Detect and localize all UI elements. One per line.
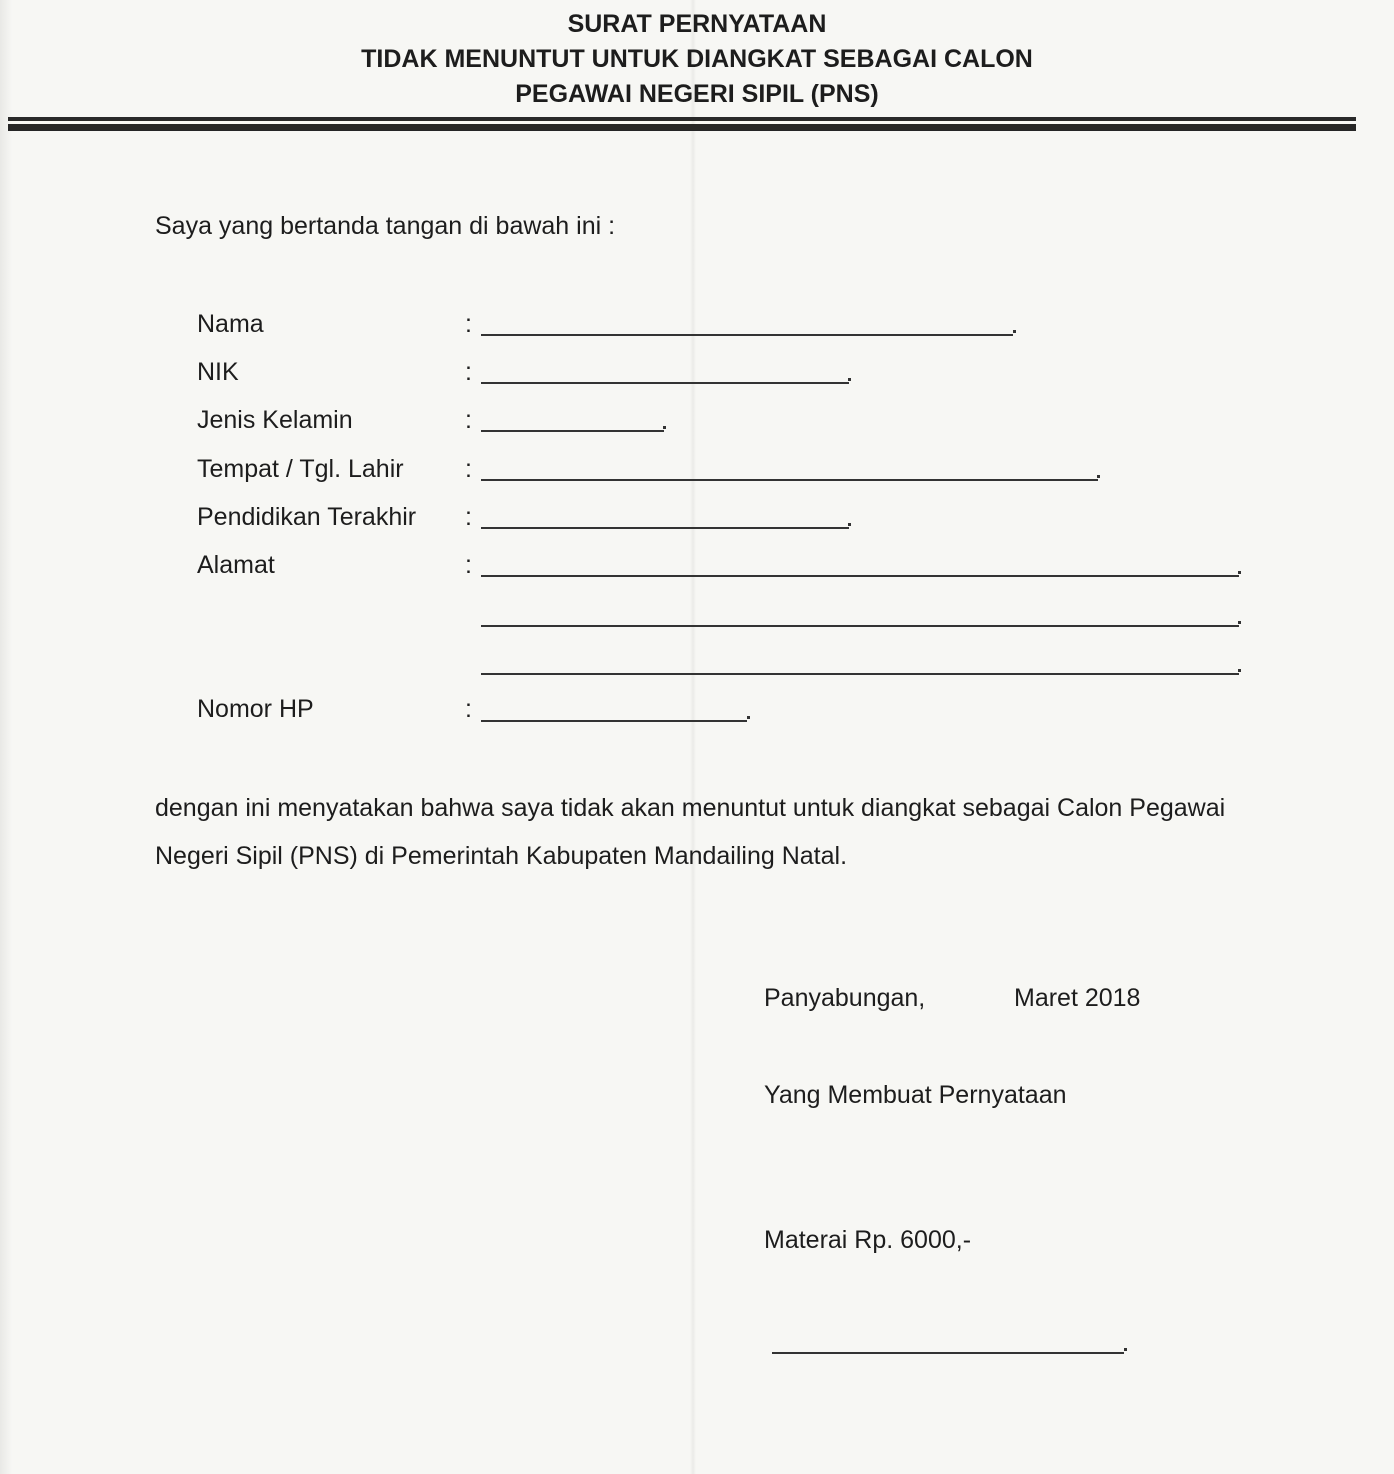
field-end-dot xyxy=(663,426,666,429)
field-end-dot xyxy=(747,716,750,719)
signature-place: Panyabungan, xyxy=(764,984,925,1013)
field-end-dot xyxy=(1238,621,1241,624)
field-label-tempat-tgl-lahir: Tempat / Tgl. Lahir xyxy=(197,455,404,484)
field-label-nomor-hp: Nomor HP xyxy=(197,695,314,724)
field-label-jenis-kelamin: Jenis Kelamin xyxy=(197,406,353,435)
signer-label: Yang Membuat Pernyataan xyxy=(764,1081,1067,1110)
field-blank-pendidikan-terakhir[interactable] xyxy=(481,527,849,529)
field-end-dot xyxy=(1124,1348,1127,1351)
field-colon: : xyxy=(465,406,472,435)
field-label-nama: Nama xyxy=(197,310,264,339)
field-colon: : xyxy=(465,455,472,484)
field-label-alamat: Alamat xyxy=(197,551,275,580)
field-blank-alamat-line-2[interactable] xyxy=(481,625,1239,627)
field-blank-nik[interactable] xyxy=(481,382,849,384)
field-blank-nama[interactable] xyxy=(481,334,1013,336)
field-end-dot xyxy=(848,523,851,526)
intro-text: Saya yang bertanda tangan di bawah ini : xyxy=(155,212,615,241)
field-blank-alamat-line-3[interactable] xyxy=(481,673,1239,675)
field-end-dot xyxy=(1097,475,1100,478)
field-colon: : xyxy=(465,310,472,339)
field-end-dot xyxy=(1238,669,1241,672)
document-page: SURAT PERNYATAAN TIDAK MENUNTUT UNTUK DI… xyxy=(0,0,1394,1474)
field-colon: : xyxy=(465,358,472,387)
signature-name-line[interactable] xyxy=(772,1352,1124,1354)
field-blank-nomor-hp[interactable] xyxy=(481,720,747,722)
field-blank-jenis-kelamin[interactable] xyxy=(481,430,664,432)
field-blank-alamat-line-1[interactable] xyxy=(481,575,1239,577)
field-colon: : xyxy=(465,503,472,532)
stamp-duty-note: Materai Rp. 6000,- xyxy=(764,1226,971,1255)
field-end-dot xyxy=(1238,571,1241,574)
field-colon: : xyxy=(465,551,472,580)
header-double-rule xyxy=(8,117,1356,131)
document-title-line-2: TIDAK MENUNTUT UNTUK DIANGKAT SEBAGAI CA… xyxy=(0,45,1394,74)
document-title-line-1: SURAT PERNYATAAN xyxy=(0,10,1394,39)
page-fold xyxy=(690,0,696,1474)
signature-date: Maret 2018 xyxy=(1014,984,1140,1013)
field-label-pendidikan-terakhir: Pendidikan Terakhir xyxy=(197,503,416,532)
field-label-nik: NIK xyxy=(197,358,239,387)
page-edge-shadow xyxy=(0,0,12,1474)
field-end-dot xyxy=(1013,330,1016,333)
field-colon: : xyxy=(465,695,472,724)
document-title-line-3: PEGAWAI NEGERI SIPIL (PNS) xyxy=(0,80,1394,109)
statement-paragraph: dengan ini menyatakan bahwa saya tidak a… xyxy=(155,784,1295,880)
field-end-dot xyxy=(848,378,851,381)
field-blank-tempat-tgl-lahir[interactable] xyxy=(481,479,1098,481)
